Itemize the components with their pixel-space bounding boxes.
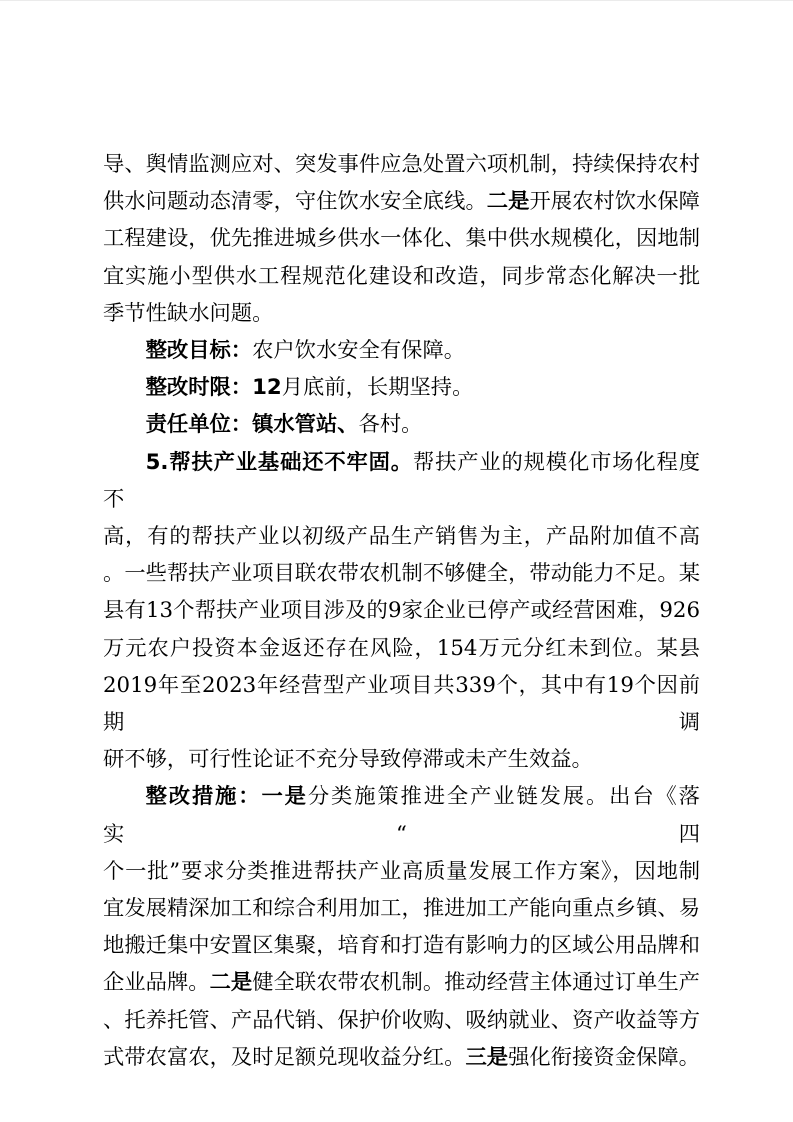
text-line: 季节性缺水问题。 [103, 295, 700, 332]
body-text: 强化衔接资金保障。 [508, 1045, 700, 1070]
text-line: 供水问题动态清零，守住饮水安全底线。二是开展农村饮水保障 [103, 183, 700, 220]
text-line: 。一些帮扶产业项目联农带农机制不够健全，带动能力不足。某 [103, 555, 700, 592]
body-text: 季节性缺水问题。 [103, 301, 273, 326]
text-line: 宜实施小型供水工程规范化建设和改造，同步常态化解决一批 [103, 258, 700, 295]
body-text: 县有13个帮扶产业项目涉及的9家企业已停产或经营困难，926 [103, 598, 700, 623]
emphasis-text: 整改措施：一是 [146, 784, 308, 809]
text-line: 5.帮扶产业基础还不牢固。帮扶产业的规模化市场化程度不 [103, 444, 700, 518]
text-line: 整改措施：一是分类施策推进全产业链发展。出台《落实“四 [103, 778, 700, 852]
document-page: 导、舆情监测应对、突发事件应急处置六项机制，持续保持农村供水问题动态清零，守住饮… [0, 0, 793, 1122]
text-line: 县有13个帮扶产业项目涉及的9家企业已停产或经营困难，926 [103, 592, 700, 629]
body-text: 。一些帮扶产业项目联农带农机制不够健全，带动能力不足。某 [103, 561, 700, 586]
emphasis-text: 二是 [487, 189, 530, 214]
text-line: 整改目标：农户饮水安全有保障。 [103, 332, 700, 369]
body-text: 宜实施小型供水工程规范化建设和改造，同步常态化解决一批 [103, 264, 700, 289]
body-text: 农户饮水安全有保障。 [252, 338, 465, 363]
body-text: 个一批”要求分类推进帮扶产业高质量发展工作方案》，因地制 [103, 859, 700, 884]
body-text: 研不够，可行性论证不充分导致停滞或未产生效益。 [103, 747, 593, 772]
emphasis-text: 二是 [210, 970, 253, 995]
body-text: 宜发展精深加工和综合利用加工，推进加工产能向重点乡镇、易 [103, 896, 700, 921]
body-text: 开展农村饮水保障 [529, 189, 700, 214]
body-text: 地搬迁集中安置区集聚，培育和打造有影响力的区域公用品牌和 [103, 933, 700, 958]
body-text: 工程建设，优先推进城乡供水一体化、集中供水规模化，因地制 [103, 226, 700, 251]
text-line: 企业品牌。二是健全联农带农机制。推动经营主体通过订单生产 [103, 964, 700, 1001]
emphasis-text: 5.帮扶产业基础还不牢固。 [146, 450, 413, 475]
text-line: 研不够，可行性论证不充分导致停滞或未产生效益。 [103, 741, 700, 778]
emphasis-text: 整改目标： [146, 338, 253, 363]
body-text: 高，有的帮扶产业以初级产品生产销售为主，产品附加值不高 [103, 524, 700, 549]
body-text: 各村。 [359, 412, 423, 437]
text-line: 责任单位：镇水管站、各村。 [103, 406, 700, 443]
body-text: 2019年至2023年经营型产业项目共339个，其中有19个因前期调 [103, 673, 700, 735]
emphasis-text: 三是 [465, 1045, 508, 1070]
text-line: 导、舆情监测应对、突发事件应急处置六项机制，持续保持农村 [103, 146, 700, 183]
text-line: 式带农富农，及时足额兑现收益分红。三是强化衔接资金保障。 [103, 1039, 700, 1076]
body-text: 企业品牌。 [103, 970, 210, 995]
body-text: 健全联农带农机制。推动经营主体通过订单生产 [252, 970, 700, 995]
text-line: 万元农户投资本金返还存在风险，154万元分红未到位。某县 [103, 630, 700, 667]
emphasis-text: 整改时限：12 [146, 375, 282, 400]
text-line: 个一批”要求分类推进帮扶产业高质量发展工作方案》，因地制 [103, 853, 700, 890]
text-line: 2019年至2023年经营型产业项目共339个，其中有19个因前期调 [103, 667, 700, 741]
body-text: 万元农户投资本金返还存在风险，154万元分红未到位。某县 [103, 636, 700, 661]
text-line: 整改时限：12月底前，长期坚持。 [103, 369, 700, 406]
body-text: 式带农富农，及时足额兑现收益分红。 [103, 1045, 465, 1070]
text-line: 、托养托管、产品代销、保护价收购、吸纳就业、资产收益等方 [103, 1002, 700, 1039]
text-line: 工程建设，优先推进城乡供水一体化、集中供水规模化，因地制 [103, 220, 700, 257]
body-text: 供水问题动态清零，守住饮水安全底线。 [103, 189, 487, 214]
emphasis-text: 责任单位：镇水管站、 [146, 412, 359, 437]
text-line: 高，有的帮扶产业以初级产品生产销售为主，产品附加值不高 [103, 518, 700, 555]
body-text: 月底前，长期坚持。 [282, 375, 474, 400]
document-body: 导、舆情监测应对、突发事件应急处置六项机制，持续保持农村供水问题动态清零，守住饮… [103, 146, 700, 1076]
text-line: 宜发展精深加工和综合利用加工，推进加工产能向重点乡镇、易 [103, 890, 700, 927]
body-text: 、托养托管、产品代销、保护价收购、吸纳就业、资产收益等方 [103, 1008, 700, 1033]
body-text: 导、舆情监测应对、突发事件应急处置六项机制，持续保持农村 [103, 152, 700, 177]
text-line: 地搬迁集中安置区集聚，培育和打造有影响力的区域公用品牌和 [103, 927, 700, 964]
